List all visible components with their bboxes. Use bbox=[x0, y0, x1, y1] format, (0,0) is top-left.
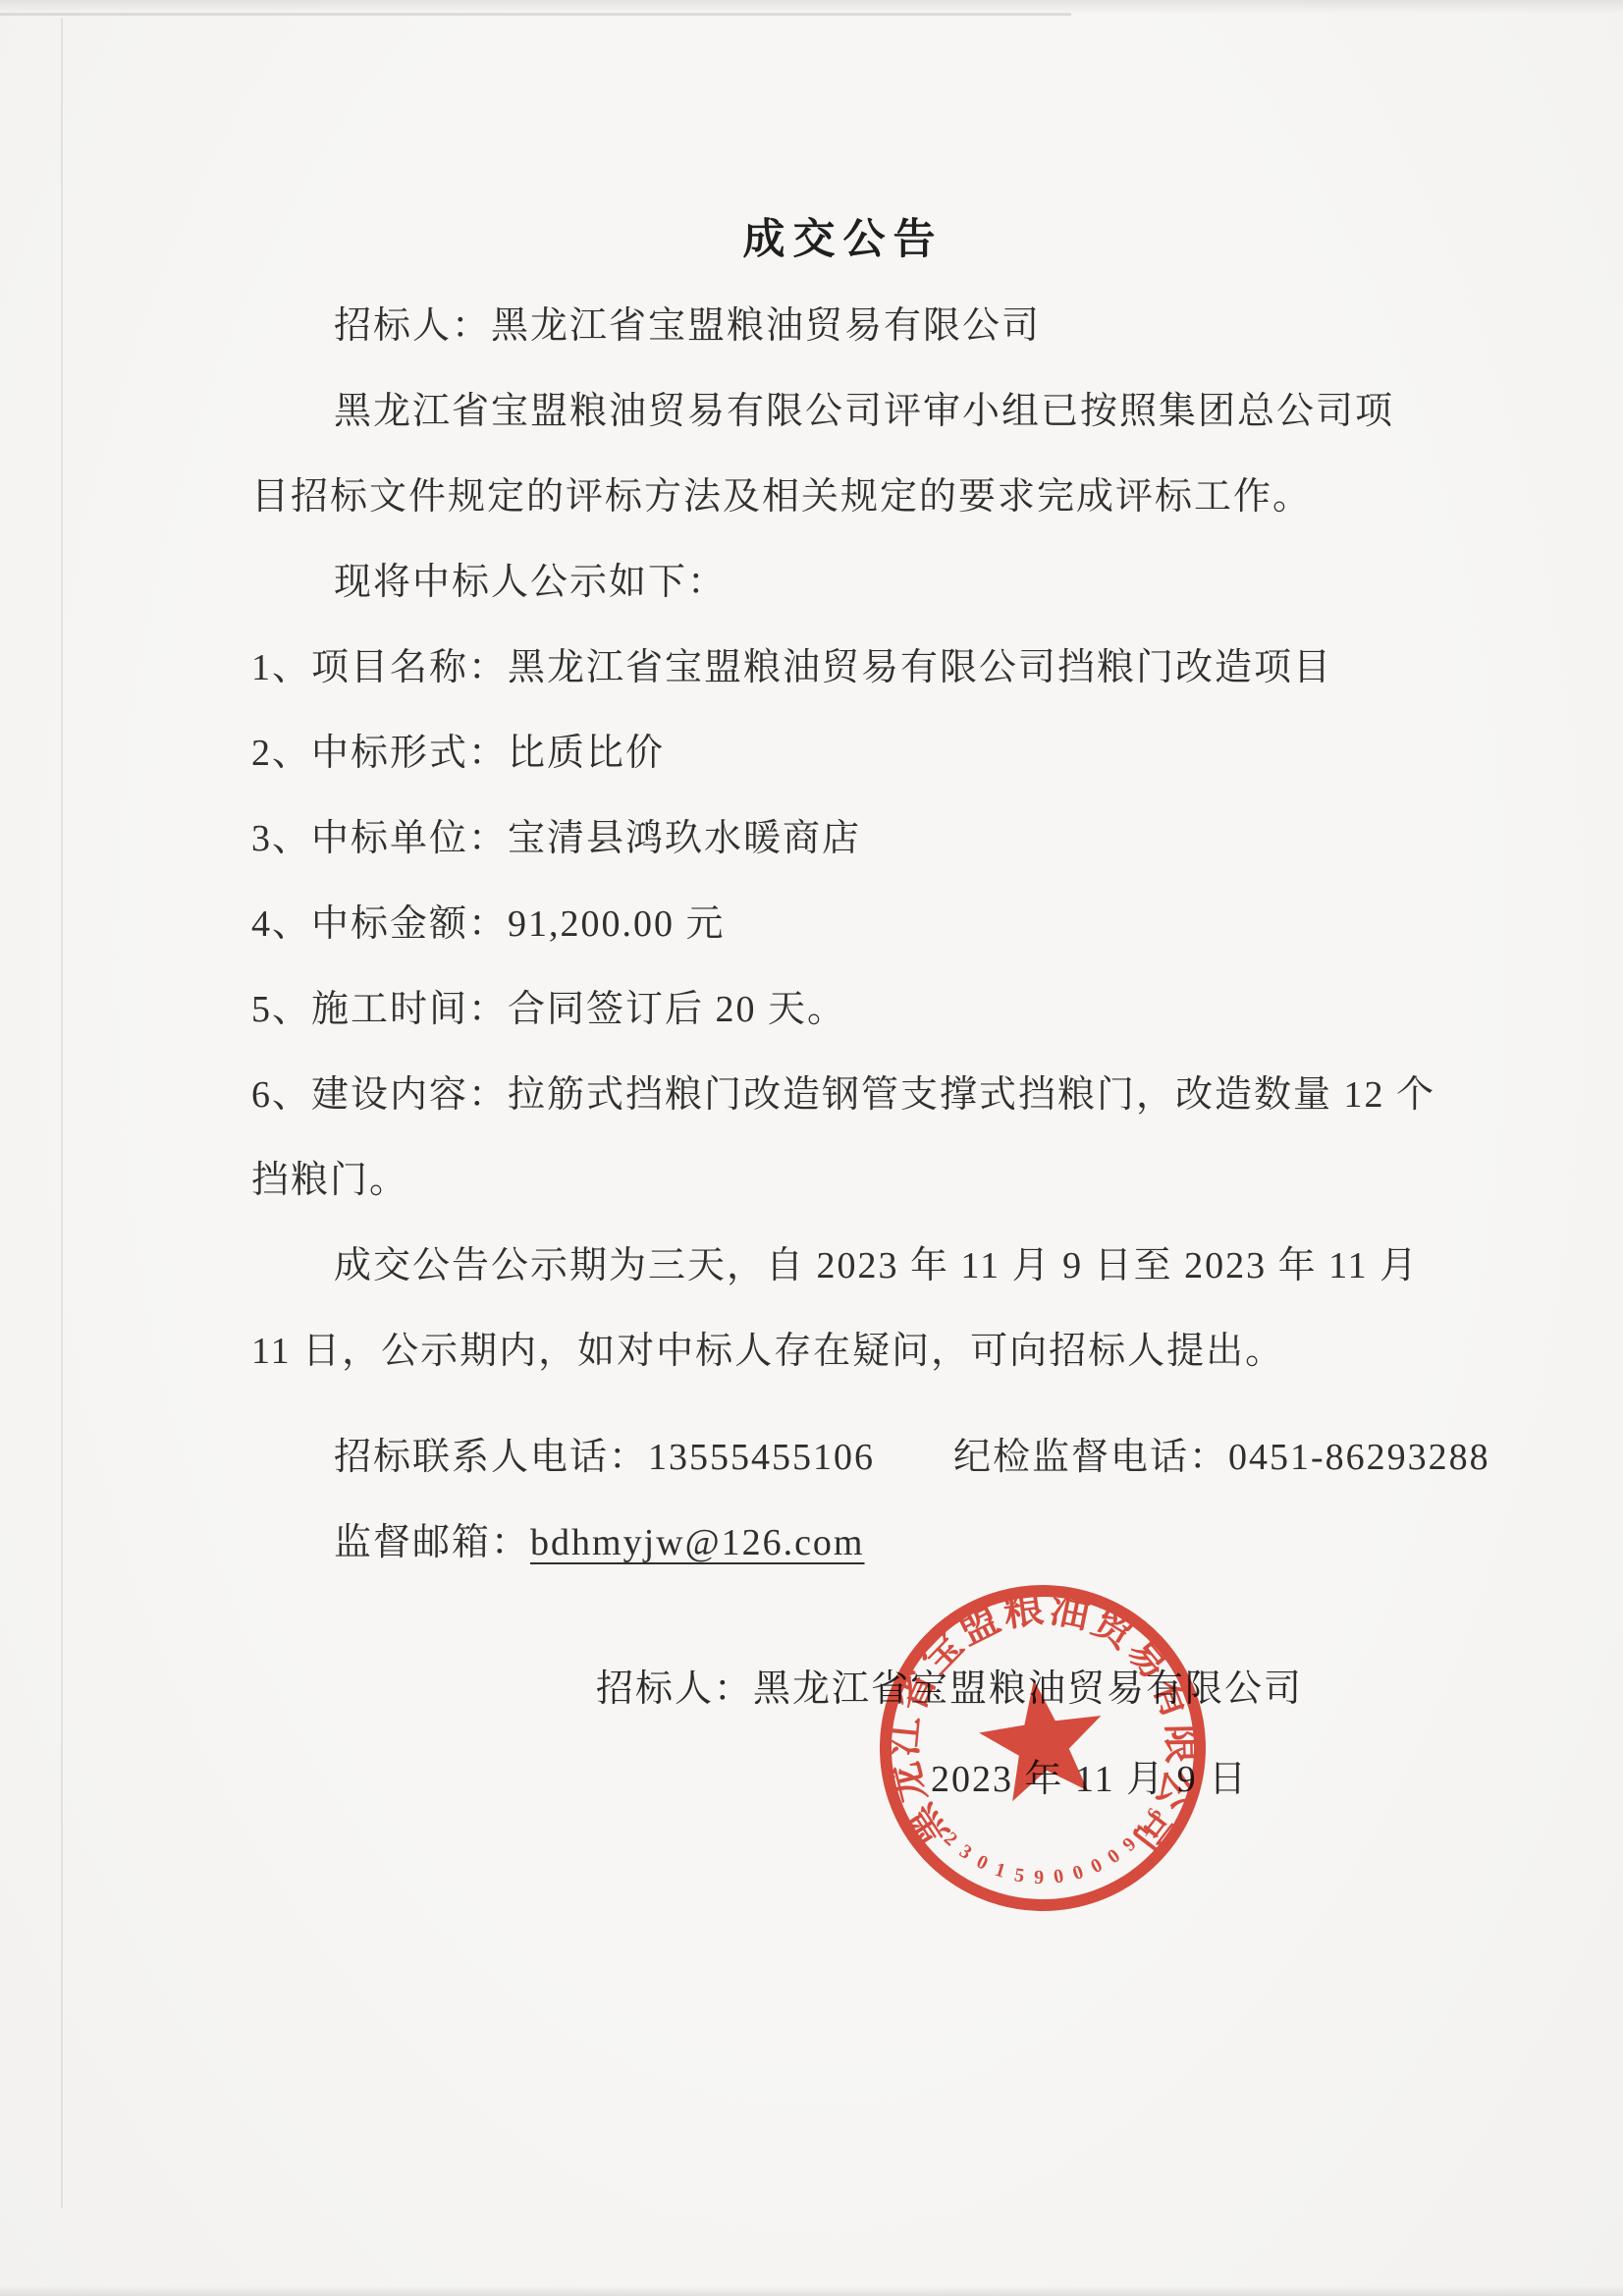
document-line: 3、中标单位：宝清县鸿玖水暖商店 bbox=[251, 796, 1405, 882]
document-title: 成交公告 bbox=[0, 216, 1623, 265]
document-line: 11 日，公示期内，如对中标人存在疑问，可向招标人提出。 bbox=[251, 1309, 1405, 1394]
email-link[interactable]: bdhmyjw@126.com bbox=[530, 1522, 864, 1563]
document-line: 成交公告公示期为三天，自 2023 年 11 月 9 日至 2023 年 11 … bbox=[251, 1224, 1405, 1309]
star-icon bbox=[973, 1671, 1111, 1805]
document-line: 挡粮门。 bbox=[251, 1138, 1405, 1224]
document-line: 6、建设内容：拉筋式挡粮门改造钢管支撑式挡粮门，改造数量 12 个 bbox=[251, 1053, 1405, 1138]
document-line: 4、中标金额：91,200.00 元 bbox=[251, 882, 1405, 967]
document-body: 招标人：黑龙江省宝盟粮油贸易有限公司黑龙江省宝盟粮油贸易有限公司评审小组已按照集… bbox=[251, 284, 1405, 1586]
scan-edge-bottom bbox=[0, 2286, 1623, 2296]
scan-edge-top-fade bbox=[0, 0, 1623, 14]
document-line: 2、中标形式：比质比价 bbox=[251, 711, 1405, 796]
scan-edge-left-line bbox=[61, 18, 63, 2208]
document-line: 招标联系人电话：13555455106 纪检监督电话：0451-86293288 bbox=[251, 1415, 1405, 1501]
document-page: 成交公告 招标人：黑龙江省宝盟粮油贸易有限公司黑龙江省宝盟粮油贸易有限公司评审小… bbox=[0, 0, 1623, 2296]
document-line: 5、施工时间：合同签订后 20 天。 bbox=[251, 967, 1405, 1053]
document-line: 1、项目名称：黑龙江省宝盟粮油贸易有限公司挡粮门改造项目 bbox=[251, 626, 1405, 711]
document-line: 目招标文件规定的评标方法及相关规定的要求完成评标工作。 bbox=[251, 455, 1405, 540]
company-seal-stamp: 黑龙江省宝盟粮油贸易有限公司 2301590000916 bbox=[856, 1561, 1229, 1935]
document-line: 监督邮箱：bdhmyjw@126.com bbox=[251, 1501, 1405, 1586]
document-line: 黑龙江省宝盟粮油贸易有限公司评审小组已按照集团总公司项 bbox=[251, 369, 1405, 455]
scan-edge-top-line bbox=[0, 13, 1071, 16]
email-label: 监督邮箱： bbox=[334, 1522, 530, 1563]
document-line: 现将中标人公示如下： bbox=[251, 540, 1405, 626]
document-line: 招标人：黑龙江省宝盟粮油贸易有限公司 bbox=[251, 284, 1405, 369]
